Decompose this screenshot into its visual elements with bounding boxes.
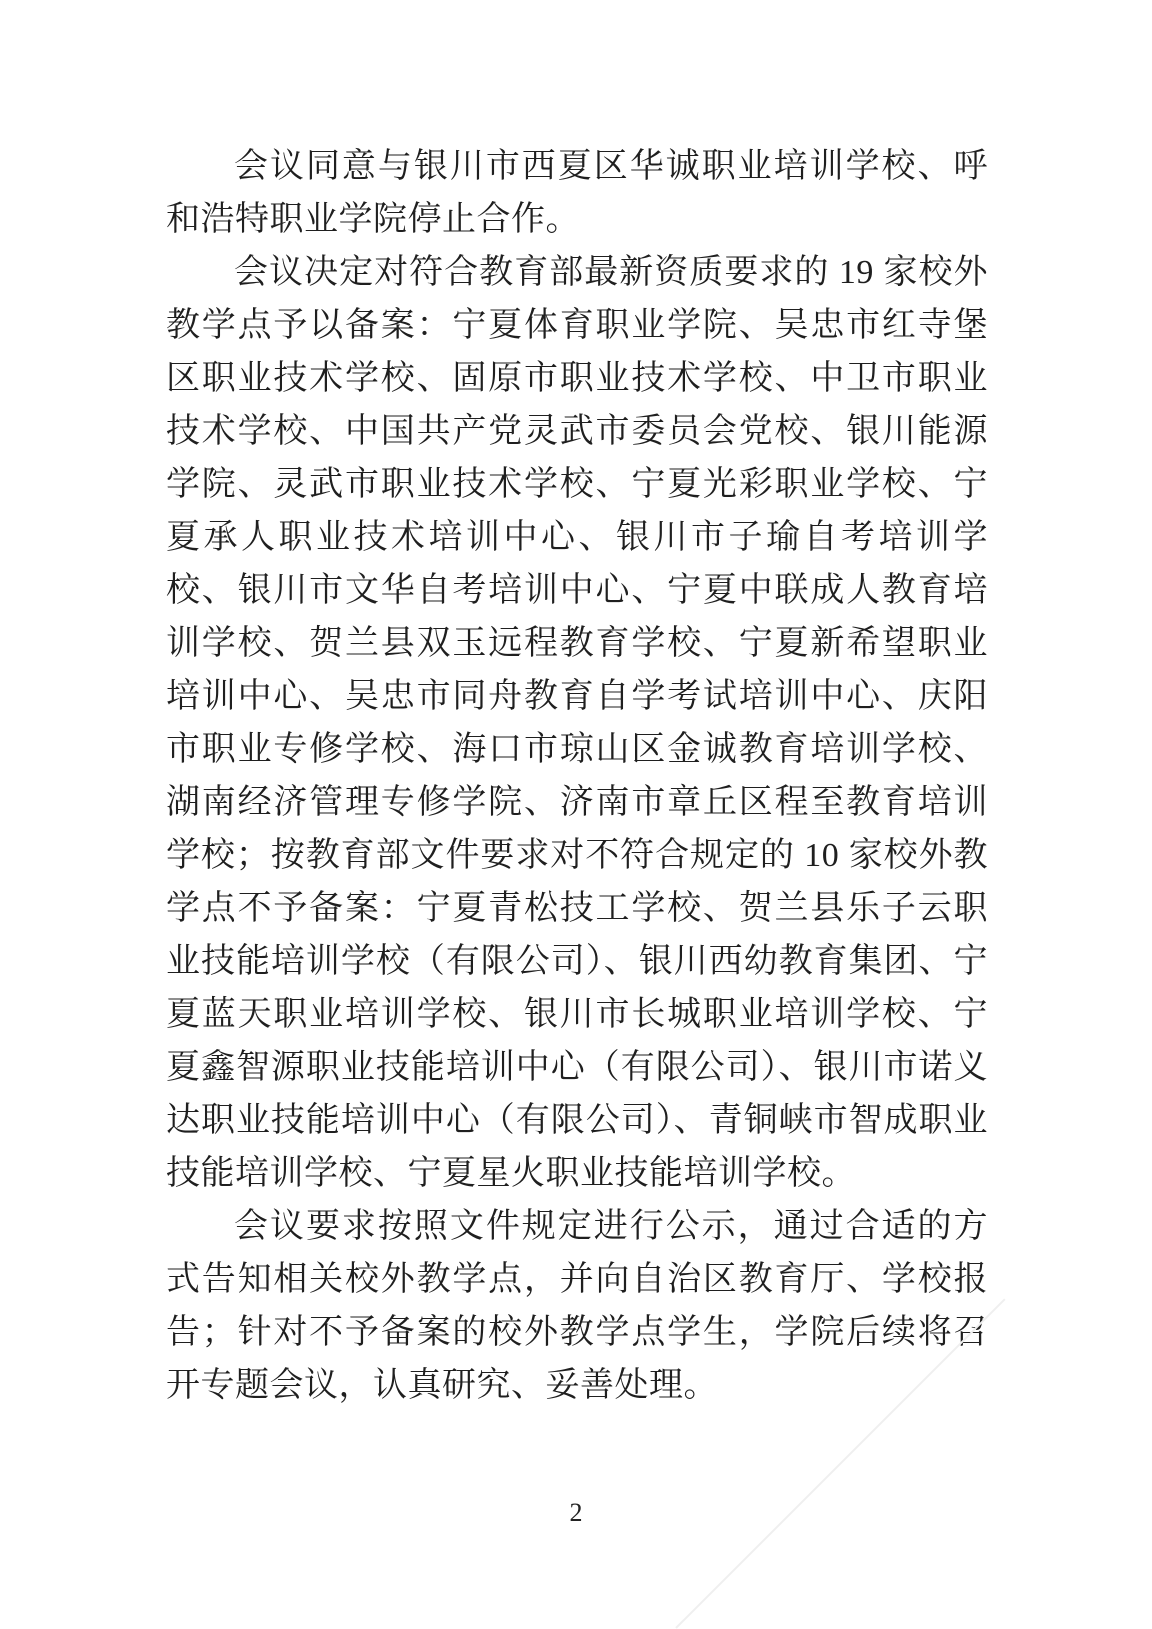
- paragraph-publicity-requirements: 会议要求按照文件规定进行公示，通过合适的方式告知相关校外教学点，并向自治区教育厅…: [166, 1200, 988, 1412]
- paragraph-site-registration-decision: 会议决定对符合教育部最新资质要求的 19 家校外教学点予以备案：宁夏体育职业学院…: [166, 246, 988, 1200]
- paragraph-cooperation-termination: 会议同意与银川市西夏区华诚职业培训学校、呼和浩特职业学院停止合作。: [166, 140, 988, 246]
- document-text-block: 会议同意与银川市西夏区华诚职业培训学校、呼和浩特职业学院停止合作。 会议决定对符…: [166, 140, 988, 1412]
- page-number: 2: [0, 1498, 1152, 1528]
- document-page: 会议同意与银川市西夏区华诚职业培训学校、呼和浩特职业学院停止合作。 会议决定对符…: [0, 0, 1152, 1629]
- scan-speck-artifact: [781, 1231, 784, 1234]
